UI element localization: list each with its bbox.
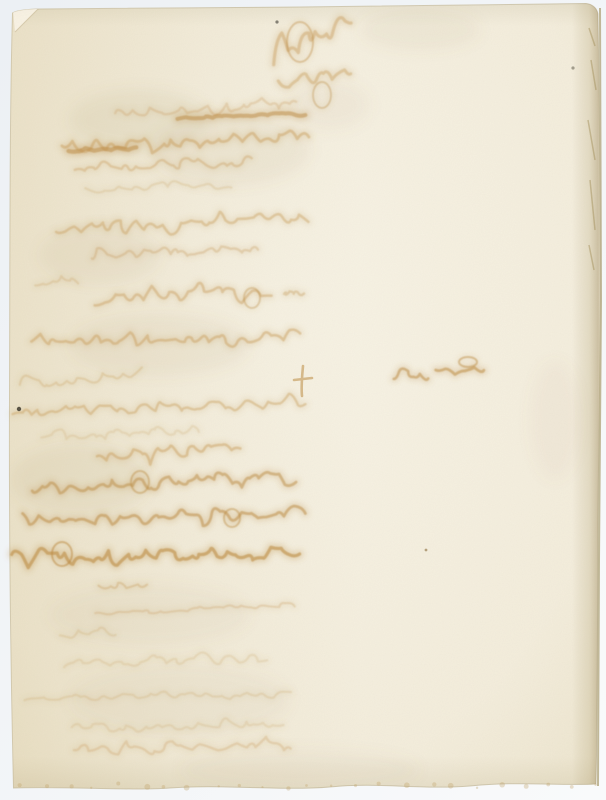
manuscript-scan-page: Blank verso of a folded handwritten lett… bbox=[0, 0, 606, 800]
paper-grain-texture bbox=[0, 0, 606, 800]
manuscript-scan bbox=[0, 0, 606, 800]
